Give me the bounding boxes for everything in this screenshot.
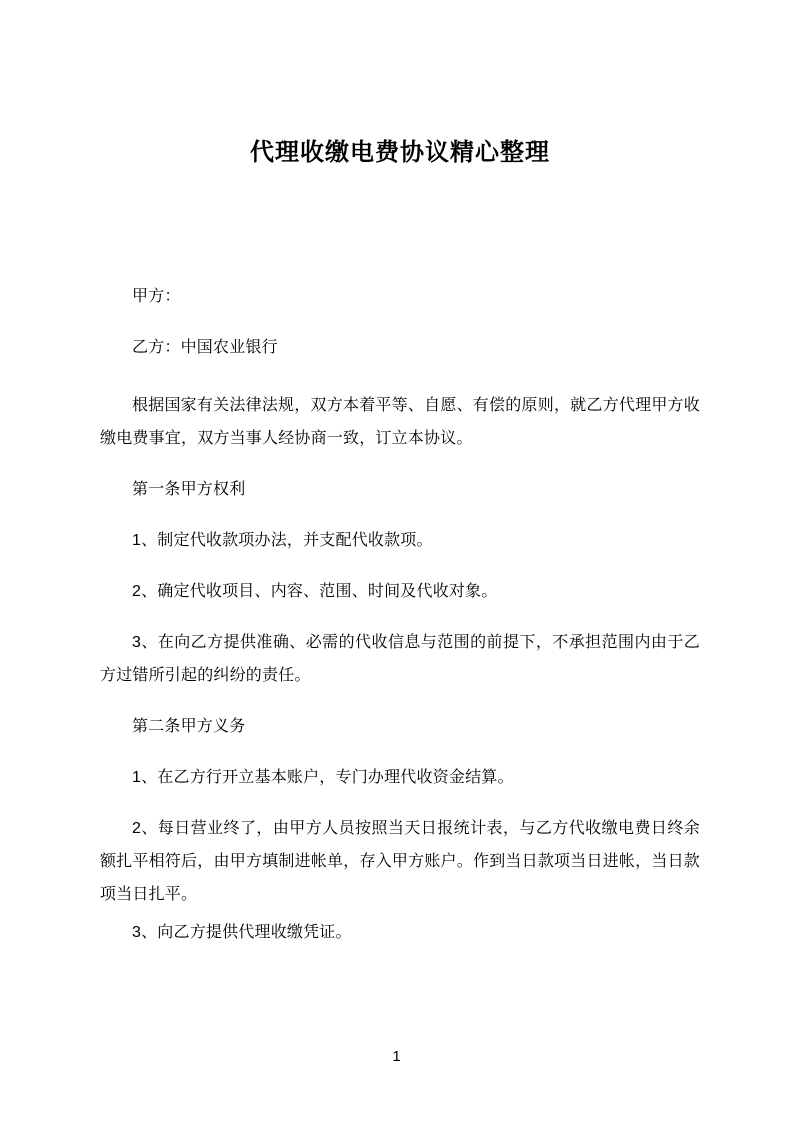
section-1-item-1: 1、制定代收款项办法，并支配代收款项。 [100, 524, 700, 557]
party-b-line: 乙方：中国农业银行 [100, 331, 700, 364]
preamble-paragraph: 根据国家有关法律法规，双方本着平等、自愿、有偿的原则，就乙方代理甲方收缴电费事宜… [100, 389, 700, 455]
document-title: 代理收缴电费协议精心整理 [100, 134, 700, 172]
page-number: 1 [0, 1046, 793, 1068]
section-1-item-2: 2、确定代收项目、内容、范围、时间及代收对象。 [100, 575, 700, 608]
section-2-heading: 第二条甲方义务 [100, 710, 700, 743]
section-2-item-1: 1、在乙方行开立基本账户，专门办理代收资金结算。 [100, 761, 700, 794]
section-1-item-3: 3、在向乙方提供准确、必需的代收信息与范围的前提下，不承担范围内由于乙方过错所引… [100, 626, 700, 692]
section-2-item-3: 3、向乙方提供代理收缴凭证。 [100, 916, 700, 949]
party-a-line: 甲方： [100, 280, 700, 313]
section-1-heading: 第一条甲方权利 [100, 473, 700, 506]
document-body: 代理收缴电费协议精心整理 甲方： 乙方：中国农业银行 根据国家有关法律法规，双方… [0, 0, 793, 949]
document-page: 代理收缴电费协议精心整理 甲方： 乙方：中国农业银行 根据国家有关法律法规，双方… [0, 0, 793, 1122]
section-2-item-2: 2、每日营业终了，由甲方人员按照当天日报统计表，与乙方代收缴电费日终余额扎平相符… [100, 812, 700, 911]
